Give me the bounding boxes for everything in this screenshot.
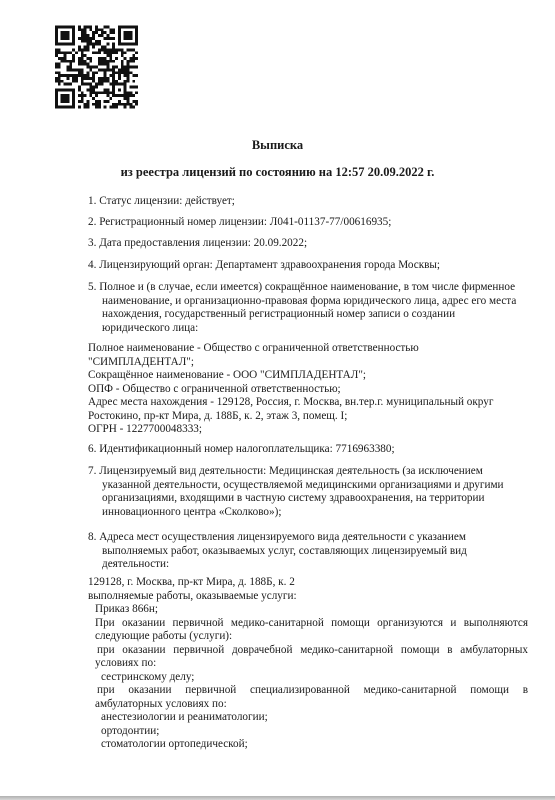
document-title: Выписка [0, 138, 555, 153]
specialized-care-line-1: при оказании первичной специализированно… [88, 684, 528, 698]
page-bottom-edge [0, 796, 555, 800]
primary-care-line-2: следующие работы (услуги): [88, 630, 528, 644]
service-item: стоматологии ортопедической; [88, 738, 528, 752]
document-page: Выписка из реестра лицензий по состоянию… [0, 0, 555, 796]
qr-code-icon [55, 23, 138, 111]
activity-address: 129128, г. Москва, пр-кт Мира, д. 188Б, … [88, 576, 528, 590]
item-3-issue-date: 3. Дата предоставления лицензии: 20.09.2… [88, 237, 508, 251]
primary-care-line-1: При оказании первичной медико-санитарной… [88, 617, 528, 631]
item-4-licensing-authority: 4. Лицензирующий орган: Департамент здра… [88, 259, 508, 273]
prenurse-care-line-2: условиях по: [88, 657, 528, 671]
service-item: анестезиологии и реаниматологии; [88, 711, 528, 725]
item-1-license-status: 1. Статус лицензии: действует; [88, 195, 508, 209]
order-reference: Приказ 866н; [88, 603, 528, 617]
item-5-organization-name-header: 5. Полное и (в случае, если имеется) сок… [88, 281, 528, 335]
nursing-service: сестринскому делу; [88, 671, 528, 685]
item-2-registration-number: 2. Регистрационный номер лицензии: Л041-… [88, 216, 508, 230]
prenurse-care-line-1: при оказании первичной доврачебной медик… [88, 644, 528, 658]
service-item: ортодонтии; [88, 725, 528, 739]
item-8-activity-addresses: 8. Адреса мест осуществления лицензируем… [88, 531, 528, 572]
specialized-care-line-2: амбулаторных условиях по: [88, 698, 528, 712]
activity-address-details: 129128, г. Москва, пр-кт Мира, д. 188Б, … [88, 576, 528, 752]
item-6-inn: 6. Идентификационный номер налогоплатель… [88, 443, 508, 457]
document-subtitle: из реестра лицензий по состоянию на 12:5… [0, 165, 555, 180]
organization-details: Полное наименование - Общество с огранич… [88, 342, 518, 437]
works-label: выполняемые работы, оказываемые услуги: [88, 590, 528, 604]
item-7-activity-type: 7. Лицензируемый вид деятельности: Медиц… [88, 465, 528, 519]
